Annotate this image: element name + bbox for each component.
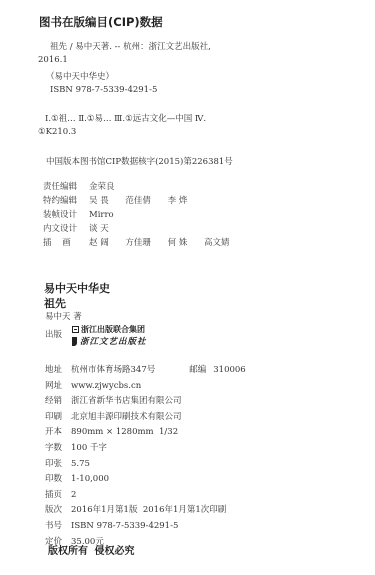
cip-library-record: 中国版本图书馆CIP数据核字(2015)第226381号 [46,155,233,167]
cip-heading: 图书在版编目(CIP)数据 [39,14,163,30]
info-value: 2 [71,488,76,504]
credit-name: 李 烨 [168,196,188,206]
info-row-word-count: 字数 100 千字 [45,441,246,457]
copyright-notice: 版权所有 侵权必究 [48,542,134,557]
credit-name: 吴 畏 [89,196,109,206]
info-row-printer: 印刷 北京旭丰源印刷技术有限公司 [45,410,246,426]
credit-name: 方佳珊 [125,238,151,248]
series-title: 易中天中华史 [44,280,110,296]
credit-role: 责任编辑 [43,180,89,194]
credit-name: 何 姝 [168,238,188,248]
credit-name: 范佳倩 [125,196,151,206]
info-label: 经销 [45,394,71,410]
credit-row: 内文设计 谈 天 [43,222,244,236]
credit-row: 插 画 赵 阔 方佳珊 何 姝 高文婧 [43,236,244,250]
publisher-leaf-logo-icon [72,337,77,346]
info-value: 浙江省新华书店集团有限公司 [71,394,182,410]
info-label: 印数 [45,472,71,488]
website-link: www.zjwycbs.cn [71,379,141,395]
info-label: 印张 [45,457,71,473]
info-row-website: 网址 www.zjwycbs.cn [45,379,246,395]
info-row-inserts: 插页 2 [45,488,246,504]
credit-name: Mirro [89,210,114,220]
cip-series: （易中天中华史） [46,70,114,82]
info-label: 版次 [45,503,71,519]
info-value: 100 千字 [71,441,107,457]
info-label: 印刷 [45,410,71,426]
info-value: 北京旭丰源印刷技术有限公司 [71,410,182,426]
book-title: 祖先 [44,295,66,311]
info-label: 插页 [45,488,71,504]
info-label: 地址 [45,363,71,379]
credit-name: 金荣良 [89,182,115,192]
info-row-edition: 版次 2016年1月第1版 2016年1月第1次印刷 [45,503,246,519]
info-value: 890mm × 1280mm 1/32 [71,425,178,441]
publication-info: 地址 杭州市体育场路347号 邮编 310006 网址 www.zjwycbs.… [45,363,246,550]
cip-line-1: 祖先 / 易中天著. -- 杭州：浙江文艺出版社, [50,40,211,52]
postcode-label: 邮编 [189,363,206,379]
credit-role: 装帧设计 [43,208,89,222]
publisher-logo: 浙江出版联合集团 浙江文艺出版社 [72,324,147,347]
credit-role: 特约编辑 [43,194,89,208]
info-value: 2016年1月第1版 2016年1月第1次印刷 [71,503,226,519]
publishing-group-logo-icon [72,326,79,333]
info-value: 杭州市体育场路347号 [71,363,155,379]
publisher-label: 出版 [45,328,62,340]
info-row-distributor: 经销 浙江省新华书店集团有限公司 [45,394,246,410]
info-value: ISBN 978-7-5339-4291-5 [71,519,178,535]
credit-role: 内文设计 [43,222,89,236]
publisher-name: 浙江文艺出版社 [80,335,147,347]
cip-classification: ①K210.3 [38,127,76,137]
credit-row: 责任编辑 金荣良 [43,180,244,194]
cip-subjects: Ⅰ.①祖… Ⅱ.①易… Ⅲ.①远古文化—中国 Ⅳ. [45,112,206,124]
book-author: 易中天 著 [45,310,82,322]
info-value: 5.75 [71,457,90,473]
credit-name: 高文婧 [204,238,230,248]
info-label: 开本 [45,425,71,441]
credit-row: 特约编辑 吴 畏 范佳倩 李 烨 [43,194,244,208]
credits-list: 责任编辑 金荣良 特约编辑 吴 畏 范佳倩 李 烨 装帧设计 Mirro 内文设… [43,180,244,250]
credit-name: 赵 阔 [89,238,109,248]
info-row-print-run: 印数 1-10,000 [45,472,246,488]
cip-isbn: ISBN 978-7-5339-4291-5 [50,85,157,95]
info-label: 字数 [45,441,71,457]
credit-row: 装帧设计 Mirro [43,208,244,222]
info-label: 网址 [45,379,71,395]
credit-name: 谈 天 [89,224,109,234]
credit-role: 插 画 [43,236,89,250]
info-row-sheets: 印张 5.75 [45,457,246,473]
info-label: 书号 [45,519,71,535]
info-value: 1-10,000 [71,472,109,488]
info-row-address: 地址 杭州市体育场路347号 邮编 310006 [45,363,246,379]
publisher-group: 浙江出版联合集团 [81,324,145,335]
info-row-format: 开本 890mm × 1280mm 1/32 [45,425,246,441]
cip-line-2: 2016.1 [38,55,68,65]
info-row-isbn: 书号 ISBN 978-7-5339-4291-5 [45,519,246,535]
postcode-value: 310006 [213,363,245,379]
